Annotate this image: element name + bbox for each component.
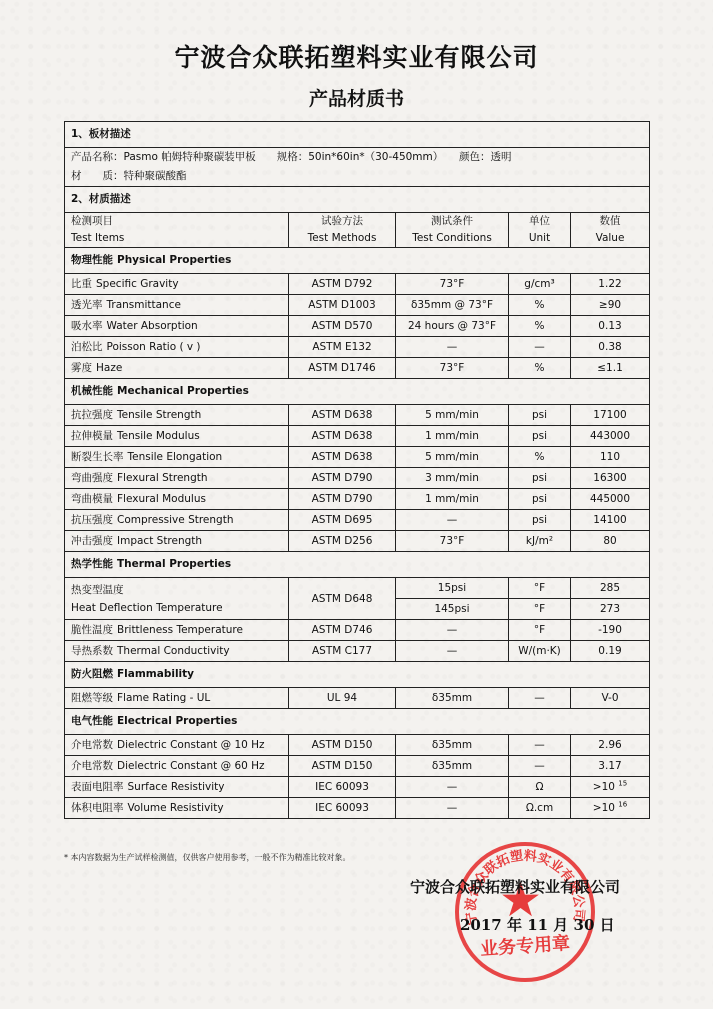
value-exponent: 15 <box>618 780 627 788</box>
test-item-en: Impact Strength <box>117 535 202 547</box>
category-row-thermal: 热学性能Thermal Properties <box>65 552 650 578</box>
test-condition: δ35mm <box>396 756 509 777</box>
table-row: 弯曲模量Flexural ModulusASTM D7901 mm/minpsi… <box>65 489 650 510</box>
value: -190 <box>571 620 650 641</box>
unit: — <box>509 735 571 756</box>
test-method: IEC 60093 <box>289 777 396 798</box>
unit: — <box>509 688 571 709</box>
test-condition: δ35mm <box>396 688 509 709</box>
unit: °F <box>509 578 571 599</box>
test-item: 泊松比Poisson Ratio ( v ) <box>65 337 289 358</box>
table-header-row: 检测项目Test Items 试验方法Test Methods 测试条件Test… <box>65 213 650 248</box>
value: V-0 <box>571 688 650 709</box>
table-row: 导热系数Thermal ConductivityASTM C177—W/(m·K… <box>65 641 650 662</box>
table-row: 介电常数Dielectric Constant @ 10 HzASTM D150… <box>65 735 650 756</box>
value: 3.17 <box>571 756 650 777</box>
value: >10 16 <box>571 798 650 819</box>
category-en: Physical Properties <box>117 254 231 266</box>
table-row: 介电常数Dielectric Constant @ 60 HzASTM D150… <box>65 756 650 777</box>
value-exponent: 16 <box>618 801 627 809</box>
value: 0.13 <box>571 316 650 337</box>
test-item: 冲击强度Impact Strength <box>65 531 289 552</box>
test-condition: 5 mm/min <box>396 447 509 468</box>
table-row: 吸水率Water AbsorptionASTM D57024 hours @ 7… <box>65 316 650 337</box>
test-item: 阻燃等级Flame Rating - UL <box>65 688 289 709</box>
value: 1.22 <box>571 274 650 295</box>
test-item-en: Specific Gravity <box>96 278 179 290</box>
test-condition: 24 hours @ 73°F <box>396 316 509 337</box>
test-method: ASTM D150 <box>289 735 396 756</box>
unit: kJ/m² <box>509 531 571 552</box>
value-base: >10 <box>593 802 615 814</box>
test-condition: — <box>396 510 509 531</box>
test-condition: 3 mm/min <box>396 468 509 489</box>
test-item-cn: 拉伸模量 <box>71 430 113 442</box>
table-row: 断裂生长率Tensile ElongationASTM D6385 mm/min… <box>65 447 650 468</box>
unit: W/(m·K) <box>509 641 571 662</box>
signature-date: 2017 年 11 月 30 日 <box>460 914 615 935</box>
test-item-cn: 断裂生长率 <box>71 451 124 463</box>
test-item: 弯曲模量Flexural Modulus <box>65 489 289 510</box>
category-title-thermal: 热学性能Thermal Properties <box>65 552 650 578</box>
test-item-en: Heat Deflection Temperature <box>71 599 282 617</box>
test-item-cn: 体积电阻率 <box>71 802 124 814</box>
test-method: ASTM D256 <box>289 531 396 552</box>
test-item-cn: 比重 <box>71 278 92 290</box>
disclaimer-note: * 本内容数据为生产试样检测值，仅供客户使用参考，一般不作为精准比较对象。 <box>64 852 351 863</box>
test-item-cn: 雾度 <box>71 362 92 374</box>
test-item-cn: 吸水率 <box>71 320 103 332</box>
unit: — <box>509 756 571 777</box>
test-condition: — <box>396 798 509 819</box>
table-row: 泊松比Poisson Ratio ( v )ASTM E132——0.38 <box>65 337 650 358</box>
value: 17100 <box>571 405 650 426</box>
value-base: >10 <box>593 781 615 793</box>
test-item-cn: 脆性温度 <box>71 624 113 636</box>
test-item-hdt: 热变型温度Heat Deflection Temperature <box>65 578 289 620</box>
table-row: 雾度HazeASTM D174673°F%≤1.1 <box>65 358 650 379</box>
test-item: 导热系数Thermal Conductivity <box>65 641 289 662</box>
test-item-cn: 泊松比 <box>71 341 103 353</box>
test-condition: 5 mm/min <box>396 405 509 426</box>
category-title-flammability: 防火阻燃Flammability <box>65 662 650 688</box>
value: 0.38 <box>571 337 650 358</box>
test-item-cn: 透光率 <box>71 299 103 311</box>
test-item: 雾度Haze <box>65 358 289 379</box>
test-item-cn: 冲击强度 <box>71 535 113 547</box>
test-item-en: Flexural Strength <box>117 472 208 484</box>
category-row-electrical: 电气性能Electrical Properties <box>65 709 650 735</box>
test-item-en: Flexural Modulus <box>117 493 206 505</box>
test-item-en: Thermal Conductivity <box>117 645 230 657</box>
test-item-en: Dielectric Constant @ 10 Hz <box>117 739 265 751</box>
test-item: 吸水率Water Absorption <box>65 316 289 337</box>
test-item: 介电常数Dielectric Constant @ 10 Hz <box>65 735 289 756</box>
test-method: ASTM D695 <box>289 510 396 531</box>
test-method: ASTM D792 <box>289 274 396 295</box>
test-method: ASTM C177 <box>289 641 396 662</box>
test-item-cn: 导热系数 <box>71 645 113 657</box>
unit: psi <box>509 405 571 426</box>
test-item: 弯曲强度Flexural Strength <box>65 468 289 489</box>
document-title: 产品材质书 <box>0 84 713 111</box>
category-row-flammability: 防火阻燃Flammability <box>65 662 650 688</box>
test-method: ASTM D746 <box>289 620 396 641</box>
company-seal: 宁波合众联拓塑料实业有限公司 ★ 业务专用章 <box>455 842 595 982</box>
test-item-en: Transmittance <box>107 299 181 311</box>
value: ≥90 <box>571 295 650 316</box>
table-row: 冲击强度Impact StrengthASTM D25673°FkJ/m²80 <box>65 531 650 552</box>
test-item-cn: 抗压强度 <box>71 514 113 526</box>
test-condition: δ35mm @ 73°F <box>396 295 509 316</box>
category-title-electrical: 电气性能Electrical Properties <box>65 709 650 735</box>
unit: °F <box>509 599 571 620</box>
test-condition: 145psi <box>396 599 509 620</box>
unit: — <box>509 337 571 358</box>
section-board-description-title: 1、板材描述 <box>65 122 650 148</box>
test-item: 抗拉强度Tensile Strength <box>65 405 289 426</box>
test-condition: 73°F <box>396 274 509 295</box>
category-title-mechanical: 机械性能Mechanical Properties <box>65 379 650 405</box>
category-cn: 物理性能 <box>71 254 113 266</box>
unit: psi <box>509 426 571 447</box>
value: 273 <box>571 599 650 620</box>
value: 443000 <box>571 426 650 447</box>
value: 16300 <box>571 468 650 489</box>
test-method: ASTM D790 <box>289 489 396 510</box>
header-unit: 单位Unit <box>509 213 571 248</box>
category-row-mechanical: 机械性能Mechanical Properties <box>65 379 650 405</box>
test-method: ASTM D638 <box>289 426 396 447</box>
header-test-items: 检测项目Test Items <box>65 213 289 248</box>
value: 80 <box>571 531 650 552</box>
table-row: 比重Specific GravityASTM D79273°Fg/cm³1.22 <box>65 274 650 295</box>
board-description: 产品名称：Pasmo 帕姆特种聚碳装甲板 规格：50in*60in*（30-45… <box>65 148 650 187</box>
test-item-en: Flame Rating - UL <box>117 692 210 704</box>
test-item-en: Surface Resistivity <box>128 781 225 793</box>
table-row: 体积电阻率Volume ResistivityIEC 60093—Ω.cm>10… <box>65 798 650 819</box>
category-en: Thermal Properties <box>117 558 231 570</box>
product-spec-line: 产品名称：Pasmo 帕姆特种聚碳装甲板 规格：50in*60in*（30-45… <box>71 148 643 167</box>
test-item: 介电常数Dielectric Constant @ 60 Hz <box>65 756 289 777</box>
value: 14100 <box>571 510 650 531</box>
table-row: 抗拉强度Tensile StrengthASTM D6385 mm/minpsi… <box>65 405 650 426</box>
value: 445000 <box>571 489 650 510</box>
table-row: 表面电阻率Surface ResistivityIEC 60093—Ω>10 1… <box>65 777 650 798</box>
unit: % <box>509 358 571 379</box>
test-method: ASTM D1003 <box>289 295 396 316</box>
unit: °F <box>509 620 571 641</box>
test-item: 脆性温度Brittleness Temperature <box>65 620 289 641</box>
category-cn: 电气性能 <box>71 715 113 727</box>
unit: Ω.cm <box>509 798 571 819</box>
test-item-cn: 抗拉强度 <box>71 409 113 421</box>
category-en: Mechanical Properties <box>117 385 249 397</box>
test-condition: 1 mm/min <box>396 426 509 447</box>
section-material-description-title: 2、材质描述 <box>65 187 650 213</box>
test-condition: 73°F <box>396 531 509 552</box>
test-item-en: Dielectric Constant @ 60 Hz <box>117 760 265 772</box>
test-method: ASTM D638 <box>289 447 396 468</box>
unit: % <box>509 447 571 468</box>
table-row: 脆性温度Brittleness TemperatureASTM D746—°F-… <box>65 620 650 641</box>
unit: psi <box>509 468 571 489</box>
material-spec-table: 1、板材描述 产品名称：Pasmo 帕姆特种聚碳装甲板 规格：50in*60in… <box>64 121 650 819</box>
test-method: IEC 60093 <box>289 798 396 819</box>
test-item-en: Water Absorption <box>107 320 198 332</box>
category-en: Flammability <box>117 668 194 680</box>
test-method: ASTM D638 <box>289 405 396 426</box>
unit: % <box>509 295 571 316</box>
unit: psi <box>509 489 571 510</box>
test-item-en: Volume Resistivity <box>128 802 224 814</box>
category-cn: 机械性能 <box>71 385 113 397</box>
test-item-en: Poisson Ratio ( v ) <box>107 341 201 353</box>
test-item: 比重Specific Gravity <box>65 274 289 295</box>
value: ≤1.1 <box>571 358 650 379</box>
test-method: UL 94 <box>289 688 396 709</box>
test-item-cn: 阻燃等级 <box>71 692 113 704</box>
test-method: ASTM E132 <box>289 337 396 358</box>
test-item-cn: 介电常数 <box>71 760 113 772</box>
test-item-cn: 热变型温度 <box>71 581 282 599</box>
header-test-conditions: 测试条件Test Conditions <box>396 213 509 248</box>
header-test-methods: 试验方法Test Methods <box>289 213 396 248</box>
test-item: 拉伸模量Tensile Modulus <box>65 426 289 447</box>
test-condition: — <box>396 337 509 358</box>
category-cn: 热学性能 <box>71 558 113 570</box>
test-item-en: Brittleness Temperature <box>117 624 243 636</box>
test-item-en: Tensile Modulus <box>117 430 200 442</box>
value: 285 <box>571 578 650 599</box>
test-condition: — <box>396 620 509 641</box>
signature-company: 宁波合众联拓塑料实业有限公司 <box>410 876 620 897</box>
test-condition: — <box>396 641 509 662</box>
test-condition: δ35mm <box>396 735 509 756</box>
test-item: 断裂生长率Tensile Elongation <box>65 447 289 468</box>
header-value: 数值Value <box>571 213 650 248</box>
test-method: ASTM D570 <box>289 316 396 337</box>
test-item: 抗压强度Compressive Strength <box>65 510 289 531</box>
test-item-cn: 弯曲模量 <box>71 493 113 505</box>
category-row-physical: 物理性能Physical Properties <box>65 248 650 274</box>
value: 110 <box>571 447 650 468</box>
table-row: 弯曲强度Flexural StrengthASTM D7903 mm/minps… <box>65 468 650 489</box>
test-condition: 1 mm/min <box>396 489 509 510</box>
table-row: 透光率TransmittanceASTM D1003δ35mm @ 73°F%≥… <box>65 295 650 316</box>
test-item: 体积电阻率Volume Resistivity <box>65 798 289 819</box>
value: >10 15 <box>571 777 650 798</box>
unit: % <box>509 316 571 337</box>
test-method: ASTM D790 <box>289 468 396 489</box>
test-condition: 73°F <box>396 358 509 379</box>
test-item-en: Tensile Elongation <box>128 451 223 463</box>
unit: psi <box>509 510 571 531</box>
test-method: ASTM D648 <box>289 578 396 620</box>
table-row: 拉伸模量Tensile ModulusASTM D6381 mm/minpsi4… <box>65 426 650 447</box>
table-row: 阻燃等级Flame Rating - ULUL 94δ35mm—V-0 <box>65 688 650 709</box>
unit: Ω <box>509 777 571 798</box>
company-title: 宁波合众联拓塑料实业有限公司 <box>0 38 713 74</box>
value: 0.19 <box>571 641 650 662</box>
value: 2.96 <box>571 735 650 756</box>
test-item-en: Compressive Strength <box>117 514 233 526</box>
test-item-cn: 弯曲强度 <box>71 472 113 484</box>
test-item-en: Haze <box>96 362 122 374</box>
unit: g/cm³ <box>509 274 571 295</box>
test-item: 透光率Transmittance <box>65 295 289 316</box>
test-item: 表面电阻率Surface Resistivity <box>65 777 289 798</box>
test-item-cn: 表面电阻率 <box>71 781 124 793</box>
category-en: Electrical Properties <box>117 715 237 727</box>
table-row-hdt: 热变型温度Heat Deflection TemperatureASTM D64… <box>65 578 650 599</box>
test-condition: — <box>396 777 509 798</box>
category-title-physical: 物理性能Physical Properties <box>65 248 650 274</box>
material-line: 材 质：特种聚碳酸酯 <box>71 167 643 186</box>
test-method: ASTM D150 <box>289 756 396 777</box>
category-cn: 防火阻燃 <box>71 668 113 680</box>
test-item-en: Tensile Strength <box>117 409 201 421</box>
test-method: ASTM D1746 <box>289 358 396 379</box>
test-condition: 15psi <box>396 578 509 599</box>
table-row: 抗压强度Compressive StrengthASTM D695—psi141… <box>65 510 650 531</box>
test-item-cn: 介电常数 <box>71 739 113 751</box>
